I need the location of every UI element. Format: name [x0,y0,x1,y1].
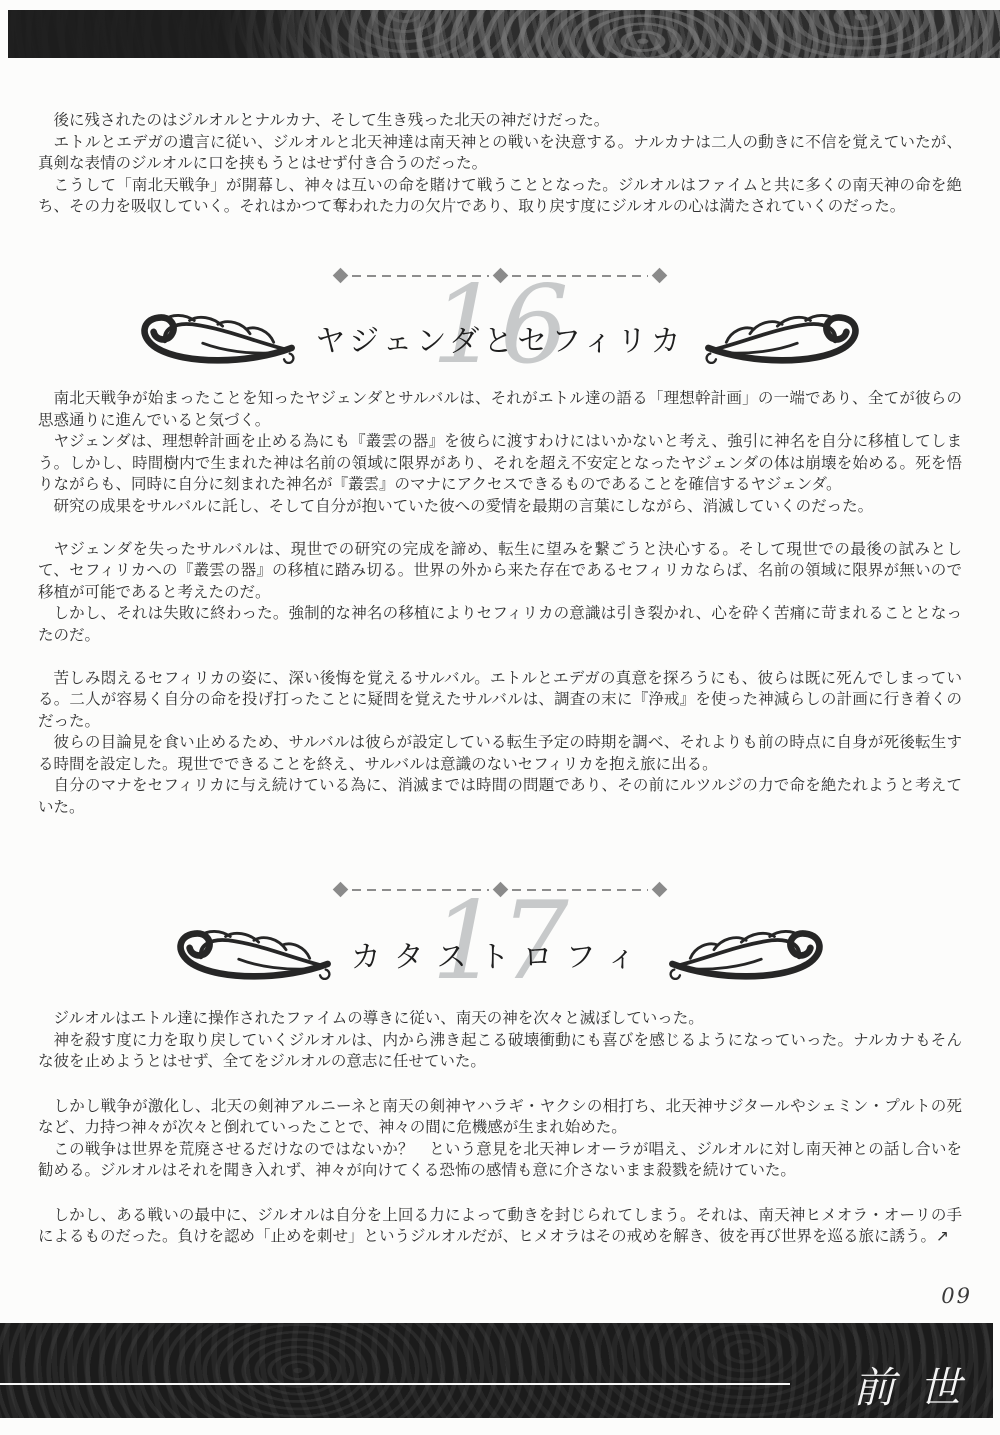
text-block: 苦しみ悶えるセフィリカの姿に、深い後悔を覚えるサルバル。エトルとエデガの真意を探… [38,668,962,819]
footer-rule-line [0,1383,790,1385]
paragraph: こうして「南北天戦争」が開幕し、神々は互いの命を賭けて戦うこととなった。ジルオル… [38,175,962,218]
paragraph: 彼らの目論見を食い止めるため、サルバルは彼らが設定している転生予定の時期を調べ、… [38,732,962,775]
text-block: しかし、ある戦いの最中に、ジルオルは自分を上回る力によって動きを封じられてしまう… [38,1205,962,1248]
flourish-left-icon [171,928,333,980]
paragraph: エトルとエデガの遺言に従い、ジルオルと北天神達は南天神との戦いを決意する。ナルカ… [38,132,962,175]
paragraph: 南北天戦争が始まったことを知ったヤジェンダとサルバルは、それがエトル達の語る「理… [38,388,962,431]
section-title: ヤジェンダとセフィリカ [315,316,684,360]
section-title: カタストロフィ [351,932,650,976]
text-block: ヤジェンダを失ったサルバルは、現世での研究の完成を諦め、転生に望みを繋ごうと決心… [38,539,962,647]
paragraph: ヤジェンダを失ったサルバルは、現世での研究の完成を諦め、転生に望みを繋ごうと決心… [38,539,962,604]
flourish-left-icon [135,312,297,364]
footer-bar: 前世 [0,1323,993,1418]
text-block: しかし戦争が激化し、北天の剣神アルニーネと南天の剣神ヤハラギ・ヤクシの相打ち、北… [38,1096,962,1182]
intro-text-block: 後に残されたのはジルオルとナルカナ、そして生き残った北天の神だけだった。 エトル… [38,110,962,218]
text-block: ジルオルはエトル達に操作されたファイムの導きに従い、南天の神を次々と滅ぼしていっ… [38,1008,962,1073]
paragraph: しかし、ある戦いの最中に、ジルオルは自分を上回る力によって動きを封じられてしまう… [38,1205,962,1248]
paragraph: 自分のマナをセフィリカに与え続けている為に、消滅までは時間の問題であり、その前に… [38,775,962,818]
ornamental-banner [8,10,1000,58]
paragraph: この戦争は世界を荒廃させるだけなのではないか？ という意見を北天神レオーラが唱え… [38,1139,962,1182]
paragraph: 研究の成果をサルバルに託し、そして自分が抱いていた彼への愛情を最期の言葉にしなが… [38,496,962,518]
paragraph: 後に残されたのはジルオルとナルカナ、そして生き残った北天の神だけだった。 [38,110,962,132]
flourish-right-icon [667,928,829,980]
paragraph: ジルオルはエトル達に操作されたファイムの導きに従い、南天の神を次々と滅ぼしていっ… [38,1008,962,1030]
section-16-text: 南北天戦争が始まったことを知ったヤジェンダとサルバルは、それがエトル達の語る「理… [38,388,962,818]
paragraph: 神を殺す度に力を取り戻していくジルオルは、内から沸き起こる破壊衝動にも喜びを感じ… [38,1030,962,1073]
page-number: 09 [941,1284,972,1308]
flourish-right-icon [703,312,865,364]
paragraph: しかし、それは失敗に終わった。強制的な神名の移植によりセフィリカの意識は引き裂か… [38,603,962,646]
paragraph: 苦しみ悶えるセフィリカの姿に、深い後悔を覚えるサルバル。エトルとエデガの真意を探… [38,668,962,733]
paragraph: ヤジェンダは、理想幹計画を止める為にも『叢雲の器』を彼らに渡すわけにはいかないと… [38,431,962,496]
section-header-16: 16 ヤジェンダとセフィリカ [0,290,1000,390]
section-header-17: 17 カタストロフィ [0,906,1000,1006]
section-17-text: ジルオルはエトル達に操作されたファイムの導きに従い、南天の神を次々と滅ぼしていっ… [38,1008,962,1271]
text-block: 南北天戦争が始まったことを知ったヤジェンダとサルバルは、それがエトル達の語る「理… [38,388,962,517]
footer-tab-label: 前世 [853,1355,985,1415]
paragraph: しかし戦争が激化し、北天の剣神アルニーネと南天の剣神ヤハラギ・ヤクシの相打ち、北… [38,1096,962,1139]
